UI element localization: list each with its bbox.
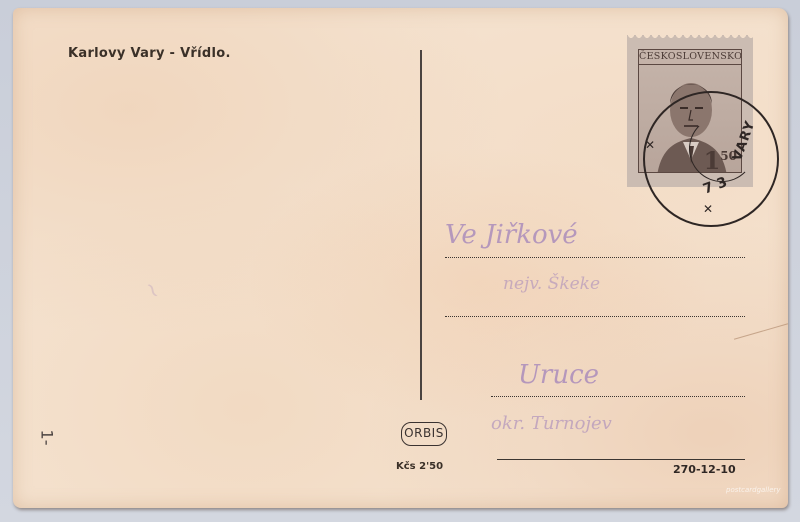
postmark-star-icon: ✕ — [703, 202, 713, 216]
address-line-2 — [445, 316, 745, 317]
address-line-4 — [497, 459, 745, 460]
address-line-1 — [445, 257, 745, 258]
stamp-country: ČESKOSLOVENSKO — [639, 50, 741, 65]
publisher-logo: ORBIS — [401, 422, 447, 446]
print-code: 270-12-10 — [673, 463, 736, 476]
address-handwriting-3: Uruce — [518, 360, 599, 390]
address-handwriting-1: Ve Jiřkové — [445, 220, 578, 250]
vertical-divider — [420, 50, 422, 400]
postmark-star-icon: ✕ — [645, 138, 655, 152]
price-label: Kčs 2'50 — [396, 461, 443, 472]
postcard-caption: Karlovy Vary - Vřídlo. — [68, 46, 231, 61]
address-handwriting-2: nejv. Škeke — [503, 274, 600, 294]
paper-crease — [734, 323, 788, 339]
address-handwriting-4: okr. Turnojev — [491, 413, 612, 434]
watermark: postcardgallery — [726, 486, 781, 494]
postcard: Karlovy Vary - Vřídlo. ~ Ve Jiřkové nejv… — [13, 8, 788, 508]
pencil-note: 1- — [37, 430, 56, 446]
address-line-3 — [491, 396, 745, 397]
handwritten-message-fragment: ~ — [137, 276, 168, 304]
